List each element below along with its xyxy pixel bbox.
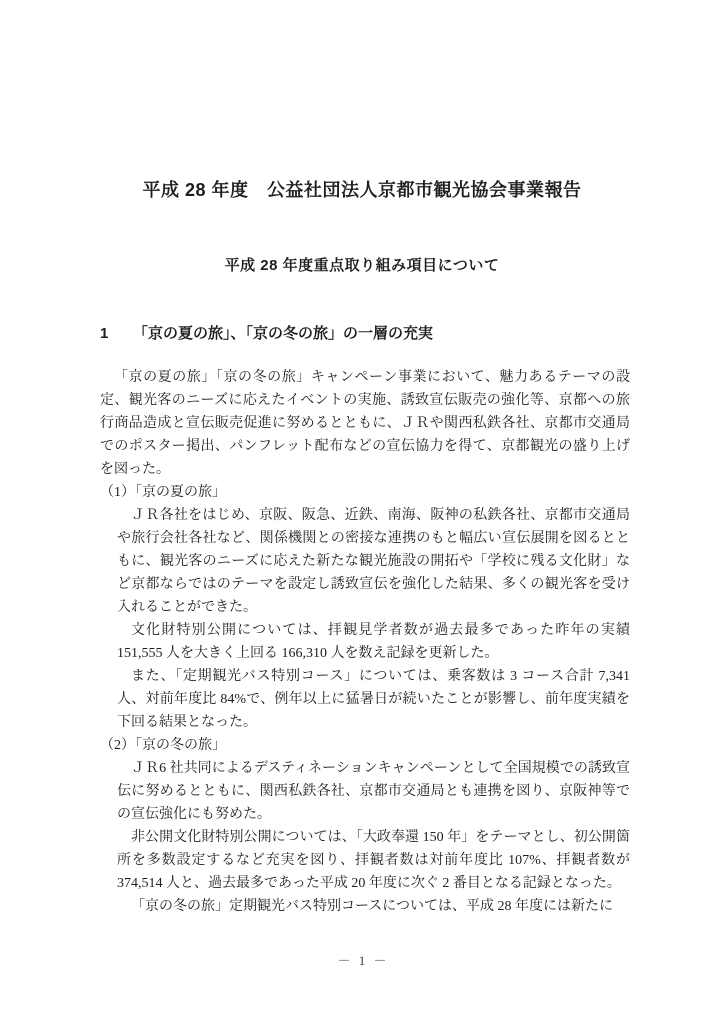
item1-paragraph-2: 文化財特別公開については、拝観見学者数が過去最多であった昨年の実績 151,55…	[117, 619, 630, 665]
item2-paragraph-2: 非公開文化財特別公開については、「大政奉還 150 年」をテーマとし、初公開箇所…	[117, 826, 630, 895]
section-heading: 1 「京の夏の旅」、「京の冬の旅」の一層の充実	[100, 323, 630, 344]
document-page: 平成 28 年度 公益社団法人京都市観光協会事業報告 平成 28 年度重点取り組…	[0, 0, 724, 1024]
item1-label: （1）「京の夏の旅」	[100, 481, 630, 504]
item1-paragraph-1: ＪＲ各社をはじめ、京阪、阪急、近鉄、南海、阪神の私鉄各社、京都市交通局や旅行会社…	[117, 504, 630, 619]
document-title: 平成 28 年度 公益社団法人京都市観光協会事業報告	[40, 178, 684, 202]
section-heading-text: 「京の夏の旅」、「京の冬の旅」の一層の充実	[133, 323, 433, 344]
section-number: 1	[100, 323, 133, 344]
page-number: － 1 －	[337, 953, 386, 968]
page-footer: － 1 －	[0, 952, 724, 970]
document-body: 「京の夏の旅」「京の冬の旅」キャンペーン事業において、魅力あるテーマの設定、観光…	[100, 366, 630, 918]
item2-paragraph-1: ＪＲ6 社共同によるデスティネーションキャンペーンとして全国規模での誘致宣伝に努…	[117, 757, 630, 826]
item1-body: ＪＲ各社をはじめ、京阪、阪急、近鉄、南海、阪神の私鉄各社、京都市交通局や旅行会社…	[117, 504, 630, 734]
document-subtitle: 平成 28 年度重点取り組み項目について	[40, 255, 684, 276]
item1-paragraph-3: また、「定期観光バス特別コース」については、乗客数は 3 コース合計 7,341…	[117, 665, 630, 734]
item2-paragraph-3: 「京の冬の旅」定期観光バス特別コースについては、平成 28 年度には新たに	[117, 895, 630, 918]
intro-paragraph: 「京の夏の旅」「京の冬の旅」キャンペーン事業において、魅力あるテーマの設定、観光…	[100, 366, 630, 481]
item2-body: ＪＲ6 社共同によるデスティネーションキャンペーンとして全国規模での誘致宣伝に努…	[117, 757, 630, 918]
item2-label: （2）「京の冬の旅」	[100, 734, 630, 757]
